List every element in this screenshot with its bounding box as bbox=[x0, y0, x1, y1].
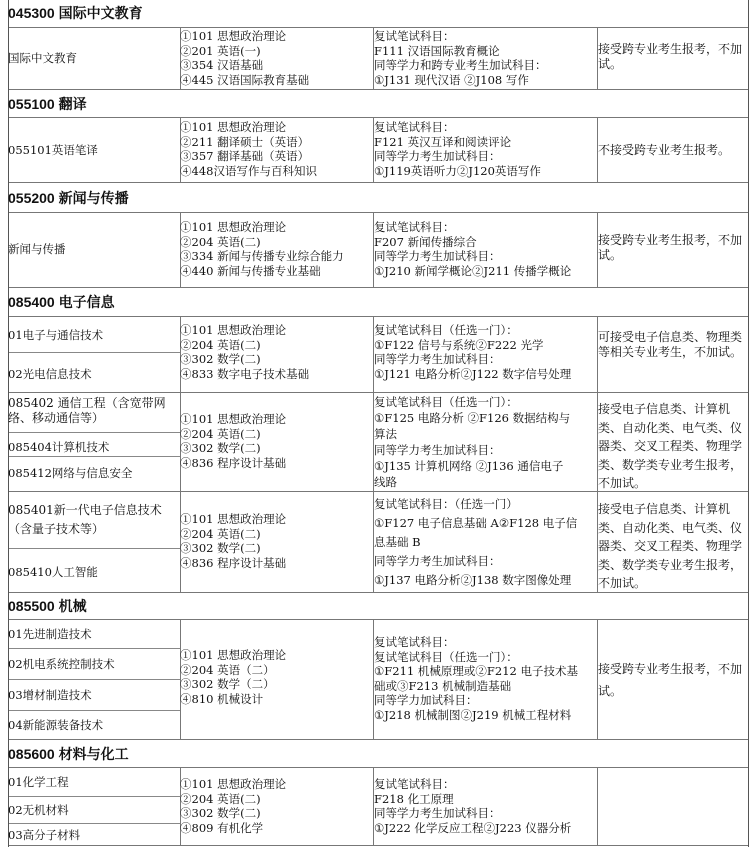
section-title: 085600 材料与化工 bbox=[8, 746, 129, 762]
retest-line: ①F125 电路分析 ②F126 数据结构与 bbox=[374, 410, 570, 426]
retest-line: ①J121 电路分析②J122 数字信号处理 bbox=[374, 367, 571, 382]
row-divider bbox=[9, 89, 748, 90]
exam-subject: ④810 机械设计 bbox=[180, 692, 286, 707]
exam-subject: ④445 汉语国际教育基础 bbox=[180, 73, 309, 88]
retest-line: ①J135 计算机网络 ②J136 通信电子 bbox=[374, 458, 570, 474]
retest-line: 复试笔试科目： bbox=[374, 120, 541, 135]
subrow-divider bbox=[9, 352, 180, 353]
retest-subjects: 复试笔试科目：F121 英汉互译和阅读评论同等学力考生加试科目：①J119英语听… bbox=[374, 120, 541, 178]
exam-subject: ②201 英语(一) bbox=[180, 44, 309, 59]
exam-subject: ③302 数学(二) bbox=[180, 541, 286, 556]
retest-line: 复试笔试科目： bbox=[374, 635, 578, 650]
row-divider bbox=[9, 767, 748, 768]
retest-line: 算法 bbox=[374, 426, 570, 442]
section-title: 085500 机械 bbox=[8, 598, 87, 614]
exam-subject: ④836 程序设计基础 bbox=[180, 556, 286, 571]
remarks: 可接受电子信息类、物理类等相关专业考生，不加试。 bbox=[598, 330, 743, 360]
subrow-divider bbox=[9, 548, 180, 549]
major-name: 085401新一代电子信息技术（含量子技术等） bbox=[8, 501, 170, 539]
retest-line: F207 新闻传播综合 bbox=[374, 235, 571, 250]
major-name: 02光电信息技术 bbox=[8, 367, 92, 382]
major-name: 01电子与通信技术 bbox=[8, 328, 103, 343]
exam-subject: ①101 思想政治理论 bbox=[180, 29, 309, 44]
retest-line: ①F127 电子信息基础 A②F128 电子信 bbox=[374, 514, 577, 533]
retest-subjects: 复试笔试科目（任选一门）：①F122 信号与系统②F222 光学同等学力考生加试… bbox=[374, 323, 571, 381]
row-divider bbox=[9, 117, 748, 118]
major-name: 085410人工智能 bbox=[8, 565, 98, 580]
exam-subject: ④836 程序设计基础 bbox=[180, 456, 286, 471]
exam-subjects: ①101 思想政治理论②204 英语(二)③302 数学(二)④836 程序设计… bbox=[180, 512, 286, 570]
retest-subjects: 复试笔试科目（任选一门）：①F125 电路分析 ②F126 数据结构与算法同等学… bbox=[374, 394, 570, 490]
remarks: 接受电子信息类、计算机类、自动化类、电气类、仪器类、交叉工程类、物理学类、数学类… bbox=[598, 400, 743, 493]
retest-line: 同等学力考生加试科目： bbox=[374, 149, 541, 164]
major-name: 03增材制造技术 bbox=[8, 688, 92, 703]
exam-subjects: ①101 思想政治理论②211 翻译硕士（英语）③357 翻译基础（英语）④44… bbox=[180, 120, 317, 178]
subrow-divider bbox=[9, 456, 180, 457]
row-divider bbox=[9, 212, 748, 213]
exam-subject: ③334 新闻与传播专业综合能力 bbox=[180, 249, 344, 264]
retest-line: 复试笔试科目（任选一门）： bbox=[374, 323, 571, 338]
major-name: 新闻与传播 bbox=[8, 242, 66, 257]
col-divider bbox=[597, 767, 598, 845]
retest-subjects: 复试笔试科目：复试笔试科目（任选一门）：①F211 机械原理或②F212 电子技… bbox=[374, 635, 578, 722]
exam-subject: ①101 思想政治理论 bbox=[180, 512, 286, 527]
retest-line: 线路 bbox=[374, 474, 570, 490]
row-divider bbox=[9, 316, 748, 317]
row-divider bbox=[9, 392, 748, 393]
exam-subject: ③354 汉语基础 bbox=[180, 58, 309, 73]
row-divider bbox=[9, 27, 748, 28]
exam-subject: ②204 英语(二) bbox=[180, 235, 344, 250]
subrow-divider bbox=[9, 796, 180, 797]
row-divider bbox=[9, 182, 748, 183]
exam-subject: ②204 英语（二） bbox=[180, 663, 286, 678]
retest-line: ①F122 信号与系统②F222 光学 bbox=[374, 338, 571, 353]
retest-line: 息基础 B bbox=[374, 533, 577, 552]
retest-line: 同等学力考生加试科目： bbox=[374, 442, 570, 458]
retest-subjects: 复试笔试科目：F218 化工原理同等学力考生加试科目：①J222 化学反应工程②… bbox=[374, 777, 571, 835]
major-name: 01先进制造技术 bbox=[8, 627, 92, 642]
retest-line: 复试笔试科目（任选一门）： bbox=[374, 394, 570, 410]
exam-subject: ②204 英语(二) bbox=[180, 338, 309, 353]
exam-subject: ②204 英语(二) bbox=[180, 427, 286, 442]
retest-line: F218 化工原理 bbox=[374, 792, 571, 807]
subrow-divider bbox=[9, 432, 180, 433]
section-title: 055200 新闻与传播 bbox=[8, 190, 129, 206]
major-name: 国际中文教育 bbox=[8, 51, 77, 66]
row-divider bbox=[9, 287, 748, 288]
exam-subject: ②211 翻译硕士（英语） bbox=[180, 135, 317, 150]
exam-subject: ③302 数学(二) bbox=[180, 352, 309, 367]
exam-subject: ④833 数字电子技术基础 bbox=[180, 367, 309, 382]
retest-line: 同等学力考生加试科目： bbox=[374, 552, 577, 571]
major-name: 02无机材料 bbox=[8, 803, 69, 818]
retest-line: ①J210 新闻学概论②J211 传播学概论 bbox=[374, 264, 571, 279]
major-name: 04新能源装备技术 bbox=[8, 718, 103, 733]
exam-subject: ④809 有机化学 bbox=[180, 821, 286, 836]
major-name: 085412网络与信息安全 bbox=[8, 466, 132, 481]
exam-subject: ②204 英语(二) bbox=[180, 527, 286, 542]
major-name: 085404计算机技术 bbox=[8, 440, 109, 455]
subrow-divider bbox=[9, 823, 180, 824]
retest-line: 复试笔试科目： bbox=[374, 777, 571, 792]
exam-subject: ①101 思想政治理论 bbox=[180, 777, 286, 792]
exam-subjects: ①101 思想政治理论②204 英语(二)③302 数学(二)④836 程序设计… bbox=[180, 412, 286, 470]
major-name: 02机电系统控制技术 bbox=[8, 657, 115, 672]
section-title: 045300 国际中文教育 bbox=[8, 5, 143, 21]
retest-line: 同等学力考生加试科目： bbox=[374, 352, 571, 367]
exam-subject: ①101 思想政治理论 bbox=[180, 220, 344, 235]
exam-subjects: ①101 思想政治理论②204 英语(二)③302 数学(二)④833 数字电子… bbox=[180, 323, 309, 381]
section-title: 055100 翻译 bbox=[8, 96, 87, 112]
exam-subject: ③302 数学(二) bbox=[180, 806, 286, 821]
exam-subjects: ①101 思想政治理论②201 英语(一)③354 汉语基础④445 汉语国际教… bbox=[180, 29, 309, 87]
row-divider bbox=[9, 619, 748, 620]
remarks: 接受电子信息类、计算机类、自动化类、电气类、仪器类、交叉工程类、物理学类、数学类… bbox=[598, 500, 743, 593]
exam-subject: ③357 翻译基础（英语） bbox=[180, 149, 317, 164]
retest-line: 复试笔试科目：（任选一门） bbox=[374, 495, 577, 514]
retest-line: 础或③F213 机械制造基础 bbox=[374, 679, 578, 694]
subrow-divider bbox=[9, 679, 180, 680]
retest-subjects: 复试笔试科目：F207 新闻传播综合同等学力考生加试科目：①J210 新闻学概论… bbox=[374, 220, 571, 278]
row-divider bbox=[9, 845, 748, 846]
major-name: 03高分子材料 bbox=[8, 828, 80, 843]
major-name: 055101英语笔译 bbox=[8, 143, 98, 158]
exam-subject: ①101 思想政治理论 bbox=[180, 648, 286, 663]
exam-subject: ①101 思想政治理论 bbox=[180, 120, 317, 135]
row-divider bbox=[9, 739, 748, 740]
retest-line: 同等学力加试科目： bbox=[374, 693, 578, 708]
major-name: 085402 通信工程（含宽带网络、移动通信等） bbox=[8, 396, 168, 426]
remarks: 接受跨专业考生报考，不加试。 bbox=[598, 658, 743, 702]
exam-subjects: ①101 思想政治理论②204 英语（二）③302 数学（二）④810 机械设计 bbox=[180, 648, 286, 706]
retest-line: 同等学力考生加试科目： bbox=[374, 249, 571, 264]
section-title: 085400 电子信息 bbox=[8, 294, 115, 310]
retest-line: 复试笔试科目（任选一门）： bbox=[374, 650, 578, 665]
retest-line: 复试笔试科目： bbox=[374, 220, 571, 235]
remarks: 接受跨专业考生报考，不加试。 bbox=[598, 233, 743, 263]
retest-line: 复试笔试科目： bbox=[374, 29, 547, 44]
retest-line: F111 汉语国际教育概论 bbox=[374, 44, 547, 59]
exam-subject: ④448汉语写作与百科知识 bbox=[180, 164, 317, 179]
major-name: 01化学工程 bbox=[8, 775, 69, 790]
exam-subject: ③302 数学(二) bbox=[180, 441, 286, 456]
exam-subject: ①101 思想政治理论 bbox=[180, 412, 286, 427]
retest-line: 同等学力考生加试科目： bbox=[374, 806, 571, 821]
retest-subjects: 复试笔试科目：（任选一门）①F127 电子信息基础 A②F128 电子信息基础 … bbox=[374, 495, 577, 590]
retest-subjects: 复试笔试科目：F111 汉语国际教育概论同等学力和跨专业考生加试科目：①J131… bbox=[374, 29, 547, 87]
subrow-divider bbox=[9, 648, 180, 649]
retest-line: ①J222 化学反应工程②J223 仪器分析 bbox=[374, 821, 571, 836]
subrow-divider bbox=[9, 710, 180, 711]
exam-subjects: ①101 思想政治理论②204 英语(二)③334 新闻与传播专业综合能力④44… bbox=[180, 220, 344, 278]
retest-line: F121 英汉互译和阅读评论 bbox=[374, 135, 541, 150]
retest-line: ①F211 机械原理或②F212 电子技术基 bbox=[374, 664, 578, 679]
retest-line: ①J137 电路分析②J138 数字图像处理 bbox=[374, 571, 577, 590]
exam-subject: ④440 新闻与传播专业基础 bbox=[180, 264, 344, 279]
retest-line: ①J131 现代汉语 ②J108 写作 bbox=[374, 73, 547, 88]
retest-line: ①J218 机械制图②J219 机械工程材料 bbox=[374, 708, 578, 723]
exam-subject: ②204 英语(二) bbox=[180, 792, 286, 807]
retest-line: ①J119英语听力②J120英语写作 bbox=[374, 164, 541, 179]
exam-subject: ①101 思想政治理论 bbox=[180, 323, 309, 338]
exam-subjects: ①101 思想政治理论②204 英语(二)③302 数学(二)④809 有机化学 bbox=[180, 777, 286, 835]
retest-line: 同等学力和跨专业考生加试科目： bbox=[374, 58, 547, 73]
remarks: 不接受跨专业考生报考。 bbox=[598, 143, 743, 158]
remarks: 接受跨专业考生报考，不加试。 bbox=[598, 42, 743, 72]
exam-subject: ③302 数学（二） bbox=[180, 677, 286, 692]
